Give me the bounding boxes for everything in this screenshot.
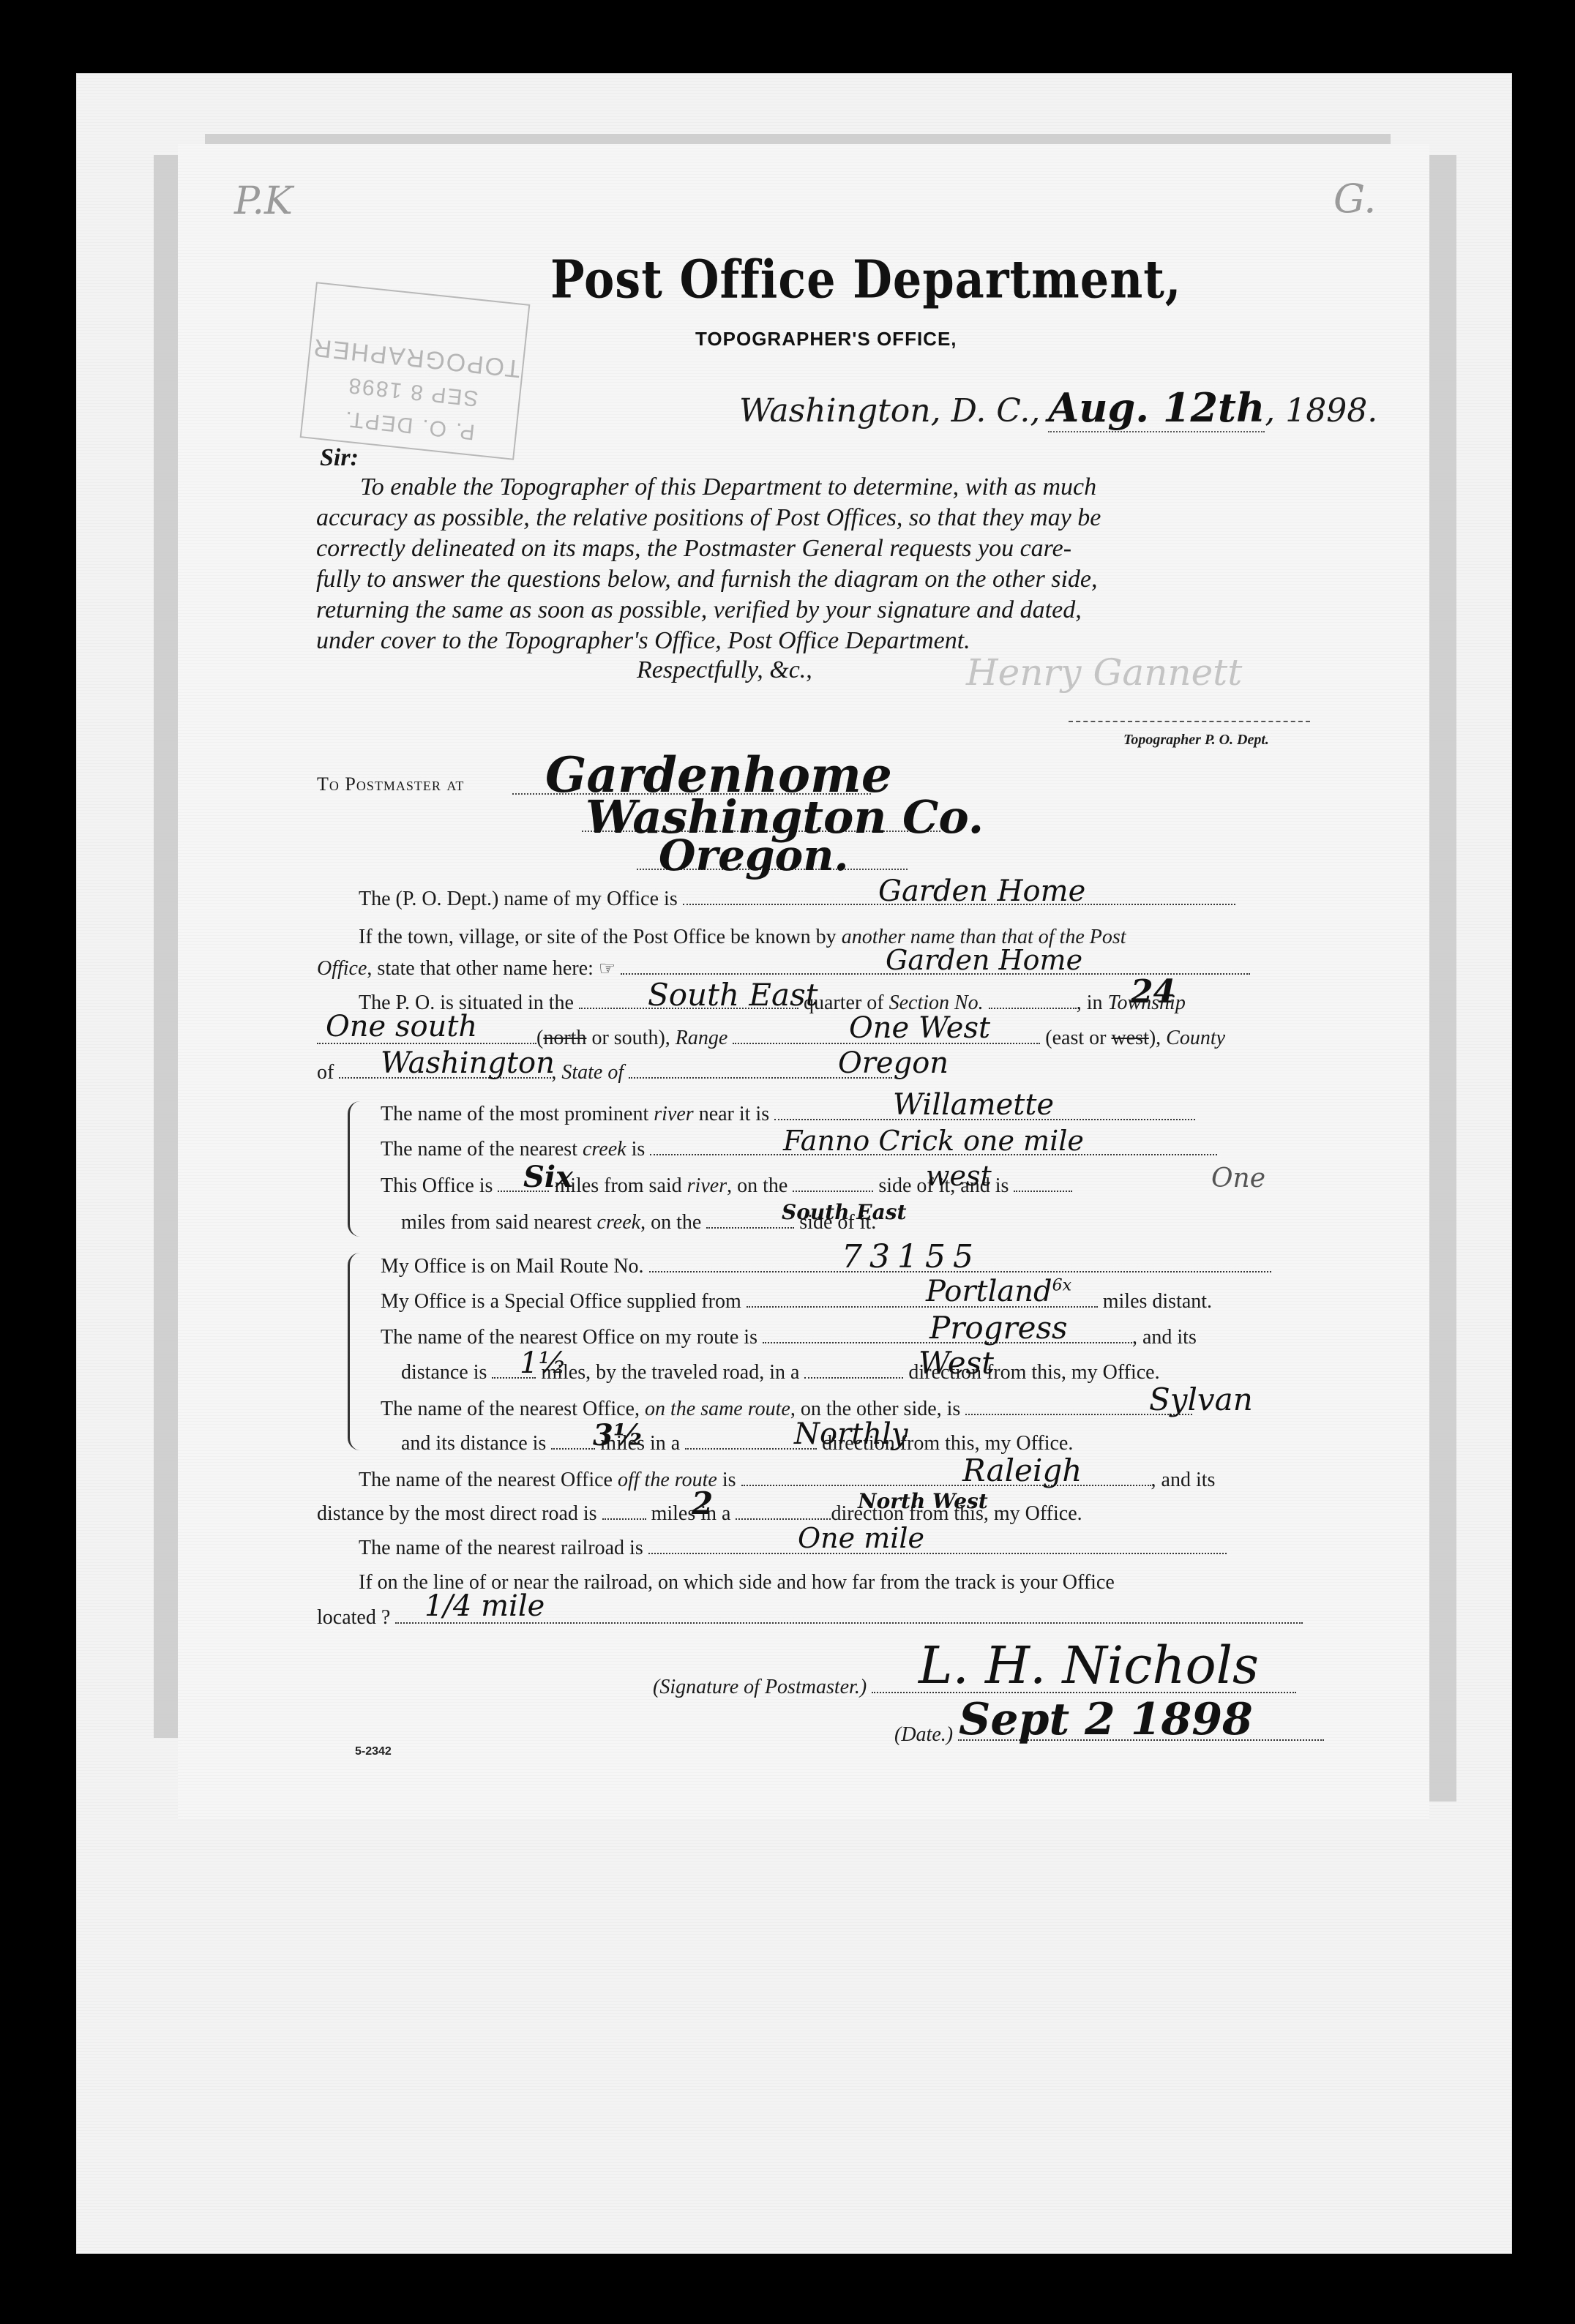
q-location-range-value[interactable]: One West bbox=[849, 1011, 990, 1045]
q-distance-creek-miles[interactable]: One bbox=[1211, 1163, 1265, 1193]
q-special-label-b: miles distant. bbox=[1103, 1290, 1212, 1313]
q-other-side-line-1: The name of the nearest Office, on the s… bbox=[381, 1398, 1192, 1421]
addressee-state: Oregon. bbox=[659, 831, 849, 880]
q-distance-creek-italic: creek bbox=[596, 1211, 640, 1234]
q-river-label-b: near it is bbox=[699, 1103, 769, 1125]
q-creek-label-b: is bbox=[632, 1138, 646, 1161]
q-nearest-route-label-d: miles, by the traveled road, in a bbox=[541, 1361, 799, 1384]
q-special-miles: 6x bbox=[1052, 1277, 1071, 1295]
q-route: My Office is on Mail Route No. bbox=[381, 1255, 1271, 1278]
q-distance-creek-side[interactable]: South East bbox=[782, 1200, 906, 1224]
q-other-name-value[interactable]: Garden Home bbox=[886, 944, 1082, 976]
q-off-route-direction[interactable]: North West bbox=[858, 1489, 988, 1513]
q-railroad-dots bbox=[648, 1552, 1227, 1554]
q-location-label-e-close: ), bbox=[1149, 1027, 1161, 1049]
q-railroad-side-label-b: located ? bbox=[317, 1606, 390, 1629]
q-other-name-label-2-italic: Office bbox=[317, 957, 367, 980]
dateline-year: , 1898. bbox=[1265, 392, 1377, 430]
q-off-route-dots bbox=[741, 1484, 1151, 1486]
q-river-label-italic: river bbox=[654, 1103, 693, 1125]
q-nearest-route-label-c: distance is bbox=[401, 1361, 487, 1384]
q-nearest-route-direction[interactable]: West bbox=[919, 1345, 994, 1381]
q-distance-label-f: , on the bbox=[640, 1211, 701, 1234]
q-distance-side-dots bbox=[793, 1190, 873, 1192]
q-location-of-label: of bbox=[317, 1061, 334, 1084]
q-distance-label-a: This Office is bbox=[381, 1174, 493, 1197]
q-location-label-c: , in bbox=[1077, 992, 1103, 1014]
q-location-range-label: Range bbox=[676, 1027, 728, 1049]
q-other-side-distance-dots bbox=[551, 1447, 595, 1450]
q-office-name-value[interactable]: Garden Home bbox=[878, 874, 1085, 908]
q-special-office: Portland bbox=[926, 1275, 1052, 1308]
q-special-value[interactable]: Portland6x bbox=[926, 1275, 1071, 1308]
q-off-route-label-d: distance by the most direct road is bbox=[317, 1502, 597, 1525]
q-location-township-value[interactable]: One south bbox=[326, 1010, 477, 1043]
west-struck: west bbox=[1111, 1027, 1148, 1049]
q-distance-creek-side-dots bbox=[706, 1226, 794, 1229]
q-railroad: The name of the nearest railroad is bbox=[359, 1537, 1227, 1560]
q-off-route-value[interactable]: Raleigh bbox=[962, 1452, 1082, 1488]
q-location-county-value[interactable]: Washington bbox=[381, 1046, 555, 1080]
letterhead-dateline: Washington, D. C., Aug. 12th, 1898. bbox=[739, 384, 1377, 431]
q-nearest-route-direction-dots bbox=[804, 1376, 903, 1379]
q-distance-label-c: , on the bbox=[727, 1174, 787, 1197]
q-distance-river-miles[interactable]: Six bbox=[523, 1160, 573, 1194]
q-nearest-route-line-2: distance is miles, by the traveled road,… bbox=[401, 1361, 1160, 1384]
q-office-name-label: The (P. O. Dept.) name of my Office is bbox=[359, 888, 678, 910]
route-block-brace bbox=[348, 1253, 360, 1450]
q-railroad-value[interactable]: One mile bbox=[798, 1522, 924, 1554]
q-other-side-label-c: and its distance is bbox=[401, 1432, 546, 1455]
q-nearest-route-value[interactable]: Progress bbox=[929, 1310, 1068, 1346]
letter-line-3: correctly delineated on its maps, the Po… bbox=[316, 533, 1326, 564]
letter-line-2: accuracy as possible, the relative posit… bbox=[316, 503, 1326, 533]
q-other-side-direction[interactable]: Northly bbox=[794, 1417, 908, 1451]
postmaster-date[interactable]: Sept 2 1898 bbox=[959, 1694, 1253, 1745]
form-left-shadow bbox=[154, 155, 178, 1738]
form-top-shadow bbox=[205, 134, 1391, 145]
q-nearest-route-label-b: , and its bbox=[1132, 1326, 1197, 1349]
q-river-value[interactable]: Willamette bbox=[893, 1088, 1054, 1122]
q-railroad-side-value[interactable]: 1/4 mile bbox=[424, 1589, 545, 1623]
letter-body: To enable the Topographer of this Depart… bbox=[316, 472, 1326, 656]
q-location-county-label: County bbox=[1166, 1027, 1225, 1049]
q-off-route-distance-dots bbox=[602, 1518, 646, 1520]
q-off-route-distance[interactable]: 2 bbox=[692, 1485, 713, 1521]
letterhead-subtitle: TOPOGRAPHER'S OFFICE, bbox=[695, 328, 957, 351]
q-distance-creek-dots bbox=[1014, 1190, 1072, 1192]
topographer-signature-line bbox=[1069, 721, 1310, 722]
q-location-label-d: or south), bbox=[591, 1027, 670, 1049]
date-label: (Date.) bbox=[894, 1723, 953, 1746]
q-nearest-route-label-a: The name of the nearest Office on my rou… bbox=[381, 1326, 757, 1349]
letter-line-5: returning the same as soon as possible, … bbox=[316, 595, 1326, 626]
q-railroad-label: The name of the nearest railroad is bbox=[359, 1537, 643, 1559]
received-stamp: P. O. DEPT. SEP 8 1898 TOPOGRAPHER bbox=[300, 282, 531, 460]
letter-line-4: fully to answer the questions below, and… bbox=[316, 564, 1326, 595]
q-river: The name of the most prominent river nea… bbox=[381, 1103, 1195, 1126]
q-nearest-route-distance[interactable]: 1½ bbox=[520, 1346, 566, 1380]
river-block-brace bbox=[348, 1101, 360, 1237]
q-other-side-distance[interactable]: 3½ bbox=[593, 1418, 644, 1452]
q-distance-label-b: miles from said bbox=[554, 1174, 681, 1197]
q-location-label-e-open: (east or bbox=[1045, 1027, 1106, 1049]
q-distance-river-side[interactable]: west bbox=[926, 1160, 992, 1192]
q-location-quarter-value[interactable]: South East bbox=[648, 977, 818, 1013]
q-other-name-label-1: If the town, village, or site of the Pos… bbox=[359, 926, 837, 948]
q-other-side-label-italic: on the same route bbox=[645, 1398, 790, 1420]
addressee-label: To Postmaster at bbox=[317, 773, 464, 795]
letter-closing: Respectfully, &c., bbox=[637, 655, 812, 686]
dateline-place: Washington, D. C., bbox=[739, 392, 1040, 430]
q-creek-value[interactable]: Fanno Crick one mile bbox=[783, 1125, 1084, 1157]
q-special: My Office is a Special Office supplied f… bbox=[381, 1290, 1212, 1313]
pencil-note-left: P.K bbox=[234, 179, 293, 223]
letter-line-1: To enable the Topographer of this Depart… bbox=[316, 472, 1326, 503]
topographer-title: Topographer P. O. Dept. bbox=[1123, 732, 1269, 749]
q-off-route-label-b: is bbox=[722, 1469, 736, 1491]
q-distance-river-italic: river bbox=[687, 1174, 727, 1197]
q-creek-label-a: The name of the nearest bbox=[381, 1138, 577, 1161]
q-off-route-direction-dots bbox=[736, 1518, 831, 1520]
signature-label: (Signature of Postmaster.) bbox=[653, 1676, 867, 1698]
postmaster-signature[interactable]: L. H. Nichols bbox=[919, 1635, 1259, 1695]
topographer-signature: Henry Gannett bbox=[966, 651, 1242, 694]
q-other-side-value[interactable]: Sylvan bbox=[1149, 1382, 1253, 1417]
pencil-note-right: G. bbox=[1333, 176, 1376, 222]
q-location-state-label: State of bbox=[561, 1061, 624, 1084]
q-off-route-label-a: The name of the nearest Office bbox=[359, 1469, 613, 1491]
pointing-hand-icon: ☞ bbox=[599, 958, 616, 979]
q-route-label: My Office is on Mail Route No. bbox=[381, 1255, 644, 1278]
q-special-label-a: My Office is a Special Office supplied f… bbox=[381, 1290, 741, 1313]
q-other-name-label-2: , state that other name here: bbox=[367, 957, 593, 980]
q-location-state-value[interactable]: Oregon bbox=[838, 1046, 949, 1080]
q-route-value[interactable]: 73155 bbox=[842, 1238, 981, 1275]
q-other-side-label-a: The name of the nearest Office, bbox=[381, 1398, 640, 1420]
q-river-label-a: The name of the most prominent bbox=[381, 1103, 648, 1125]
salutation: Sir: bbox=[320, 443, 359, 473]
q-off-route-label-c: , and its bbox=[1151, 1469, 1216, 1491]
q-distance-label-e: miles from said nearest bbox=[401, 1211, 591, 1234]
q-nearest-route-line-1: The name of the nearest Office on my rou… bbox=[381, 1326, 1197, 1349]
form-right-shadow bbox=[1429, 155, 1456, 1802]
q-office-name: The (P. O. Dept.) name of my Office is bbox=[359, 888, 1235, 911]
dateline-date: Aug. 12th bbox=[1048, 384, 1265, 432]
q-off-route-line-1: The name of the nearest Office off the r… bbox=[359, 1469, 1215, 1492]
q-location-section-value[interactable]: 24 bbox=[1131, 973, 1175, 1011]
q-creek-label-italic: creek bbox=[583, 1138, 626, 1161]
letterhead-title: Post Office Department, bbox=[550, 249, 1182, 310]
q-location-section-dots bbox=[989, 1007, 1077, 1009]
form-number: 5-2342 bbox=[355, 1745, 392, 1758]
